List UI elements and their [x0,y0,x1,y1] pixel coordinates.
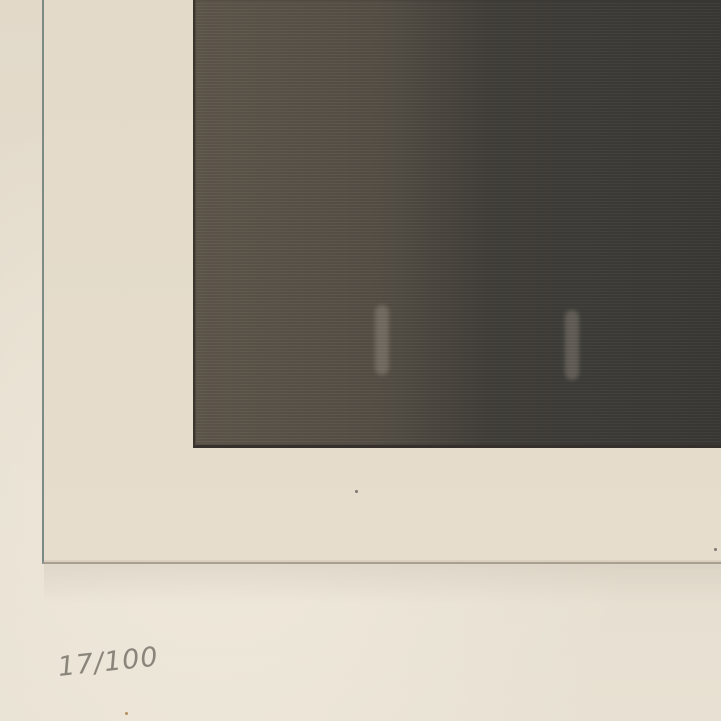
image-texture [195,0,721,445]
speck [355,490,358,493]
print-image-area [193,0,721,448]
smudge-mark [375,305,389,375]
speck [125,712,128,715]
plate-edge-shadow [44,560,721,604]
speck [714,548,717,551]
smudge-mark [565,310,579,380]
